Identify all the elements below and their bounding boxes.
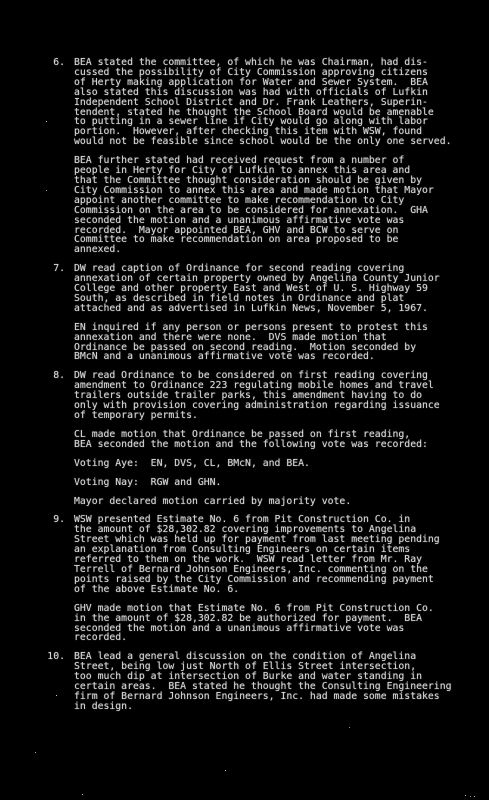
minutes-content: 6. BEA stated the committee, of which he… — [38, 58, 462, 721]
minutes-item-8: 8. DW read Ordinance to be considered on… — [38, 371, 462, 506]
document-page: 6. BEA stated the committee, of which he… — [0, 0, 489, 800]
minutes-paragraph: EN inquired if any person or persons pre… — [74, 323, 462, 363]
voting-nay-line: Voting Nay: RGW and GHN. — [74, 478, 462, 488]
minutes-item-10: 10. BEA lead a general discussion on the… — [38, 652, 462, 711]
minutes-paragraph: CL made motion that Ordinance be passed … — [74, 430, 462, 450]
minutes-paragraph: BEA further stated had received request … — [74, 156, 462, 255]
item-body: DW read Ordinance to be considered on fi… — [74, 371, 462, 506]
item-body: BEA stated the committee, of which he wa… — [74, 58, 462, 255]
item-number: 7. — [38, 264, 65, 274]
item-body: BEA lead a general discussion on the con… — [74, 652, 462, 711]
minutes-paragraph: BEA stated the committee, of which he wa… — [74, 58, 462, 147]
minutes-item-9: 9. WSW presented Estimate No. 6 from Pit… — [38, 515, 462, 643]
minutes-paragraph: BEA lead a general discussion on the con… — [74, 652, 462, 711]
minutes-paragraph: WSW presented Estimate No. 6 from Pit Co… — [74, 515, 462, 594]
voting-aye-line: Voting Aye: EN, DVS, CL, BMcN, and BEA. — [74, 459, 462, 469]
minutes-item-6: 6. BEA stated the committee, of which he… — [38, 58, 462, 255]
item-number: 8. — [38, 371, 65, 381]
minutes-item-7: 7. DW read caption of Ordinance for seco… — [38, 264, 462, 362]
minutes-paragraph: GHV made motion that Estimate No. 6 from… — [74, 604, 462, 644]
minutes-paragraph: DW read Ordinance to be considered on fi… — [74, 371, 462, 421]
item-body: WSW presented Estimate No. 6 from Pit Co… — [74, 515, 462, 643]
item-number: 6. — [38, 58, 65, 68]
item-number: 9. — [38, 515, 65, 525]
item-body: DW read caption of Ordinance for second … — [74, 264, 462, 362]
motion-carried-line: Mayor declared motion carried by majorit… — [74, 497, 462, 507]
item-number: 10. — [38, 652, 65, 662]
minutes-paragraph: DW read caption of Ordinance for second … — [74, 264, 462, 314]
